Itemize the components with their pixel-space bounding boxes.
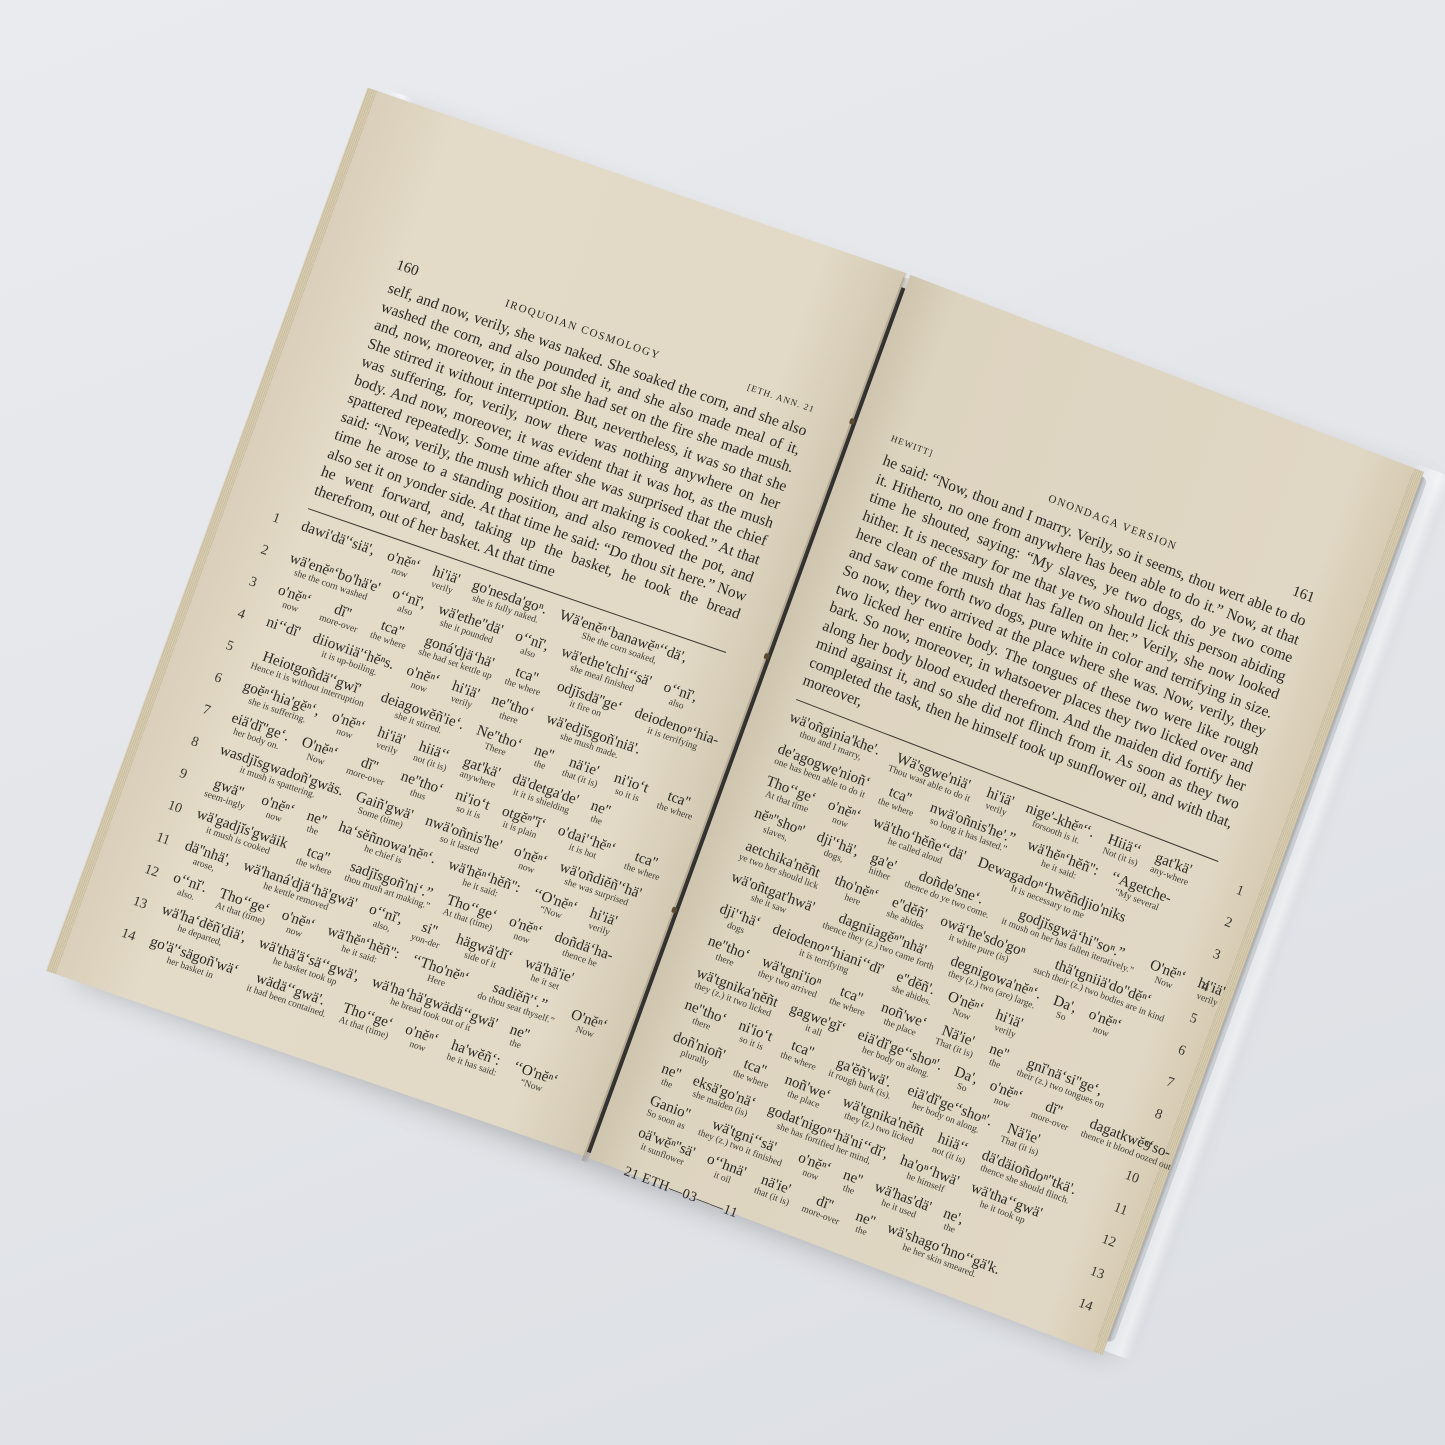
line-number: 11 bbox=[154, 830, 172, 849]
gloss-token: dawi'dä'‘siä', bbox=[299, 518, 377, 558]
line-number: 12 bbox=[142, 862, 161, 882]
english-gloss: So bbox=[955, 1081, 968, 1094]
gloss-token: hi'iä'verily bbox=[981, 785, 1016, 819]
line-number: 3 bbox=[1211, 946, 1223, 964]
page-number: 161 bbox=[1290, 583, 1317, 607]
line-number: 2 bbox=[1222, 914, 1234, 932]
line-number: 13 bbox=[130, 894, 149, 914]
gloss-token: ne''the bbox=[585, 798, 612, 829]
line-number: 6 bbox=[212, 670, 224, 687]
gloss-token: tca''the where bbox=[622, 847, 666, 884]
line-number: 8 bbox=[1152, 1106, 1164, 1124]
gloss-token: o'nĕⁿ‘now bbox=[381, 548, 422, 584]
line-number: 13 bbox=[1088, 1263, 1107, 1283]
line-number: 10 bbox=[1123, 1167, 1142, 1187]
line-number: 1 bbox=[270, 511, 282, 528]
gloss-token: Hiiä‘‘Not (it is) bbox=[1101, 831, 1144, 869]
gloss-token: tca''the where bbox=[655, 786, 699, 823]
line-number: 2 bbox=[258, 542, 270, 559]
line-number: 14 bbox=[1076, 1295, 1095, 1315]
line-number: 12 bbox=[1099, 1231, 1118, 1251]
line-number: 10 bbox=[165, 798, 184, 818]
gloss-token: ne''the bbox=[301, 808, 328, 839]
line-number: 11 bbox=[1112, 1200, 1130, 1220]
line-number: 9 bbox=[177, 766, 189, 783]
gloss-token: ne''the bbox=[850, 1208, 877, 1239]
gloss-token: ne''the bbox=[529, 742, 556, 773]
line-number: 7 bbox=[1164, 1074, 1176, 1092]
line-number: 1 bbox=[1234, 882, 1246, 900]
line-number: 3 bbox=[247, 574, 259, 591]
line-number: 4 bbox=[235, 606, 247, 623]
gloss-token: ne''the bbox=[656, 1060, 683, 1091]
line-number: 8 bbox=[189, 734, 201, 751]
onondaga-word: dawi'dä'‘siä', bbox=[299, 518, 377, 558]
gloss-token: O'nĕⁿ‘Now bbox=[1144, 956, 1188, 994]
gloss-token: ne''the bbox=[504, 1022, 531, 1053]
gloss-token: gat'kä'any-where bbox=[1149, 849, 1195, 888]
line-number: 6 bbox=[1176, 1042, 1188, 1060]
line-number: 7 bbox=[200, 702, 212, 719]
line-number: 14 bbox=[119, 926, 138, 946]
line-number: 5 bbox=[1187, 1010, 1199, 1028]
gloss-token: hi'iä'verily bbox=[427, 564, 462, 598]
page-number: 160 bbox=[394, 257, 421, 280]
english-gloss: So bbox=[1054, 1010, 1067, 1023]
gloss-token: ne''the bbox=[984, 1041, 1011, 1072]
gloss-token: O'nĕⁿ‘Now bbox=[565, 1007, 609, 1044]
gloss-token: ne''the bbox=[838, 1166, 865, 1197]
line-number: 5 bbox=[223, 638, 235, 655]
